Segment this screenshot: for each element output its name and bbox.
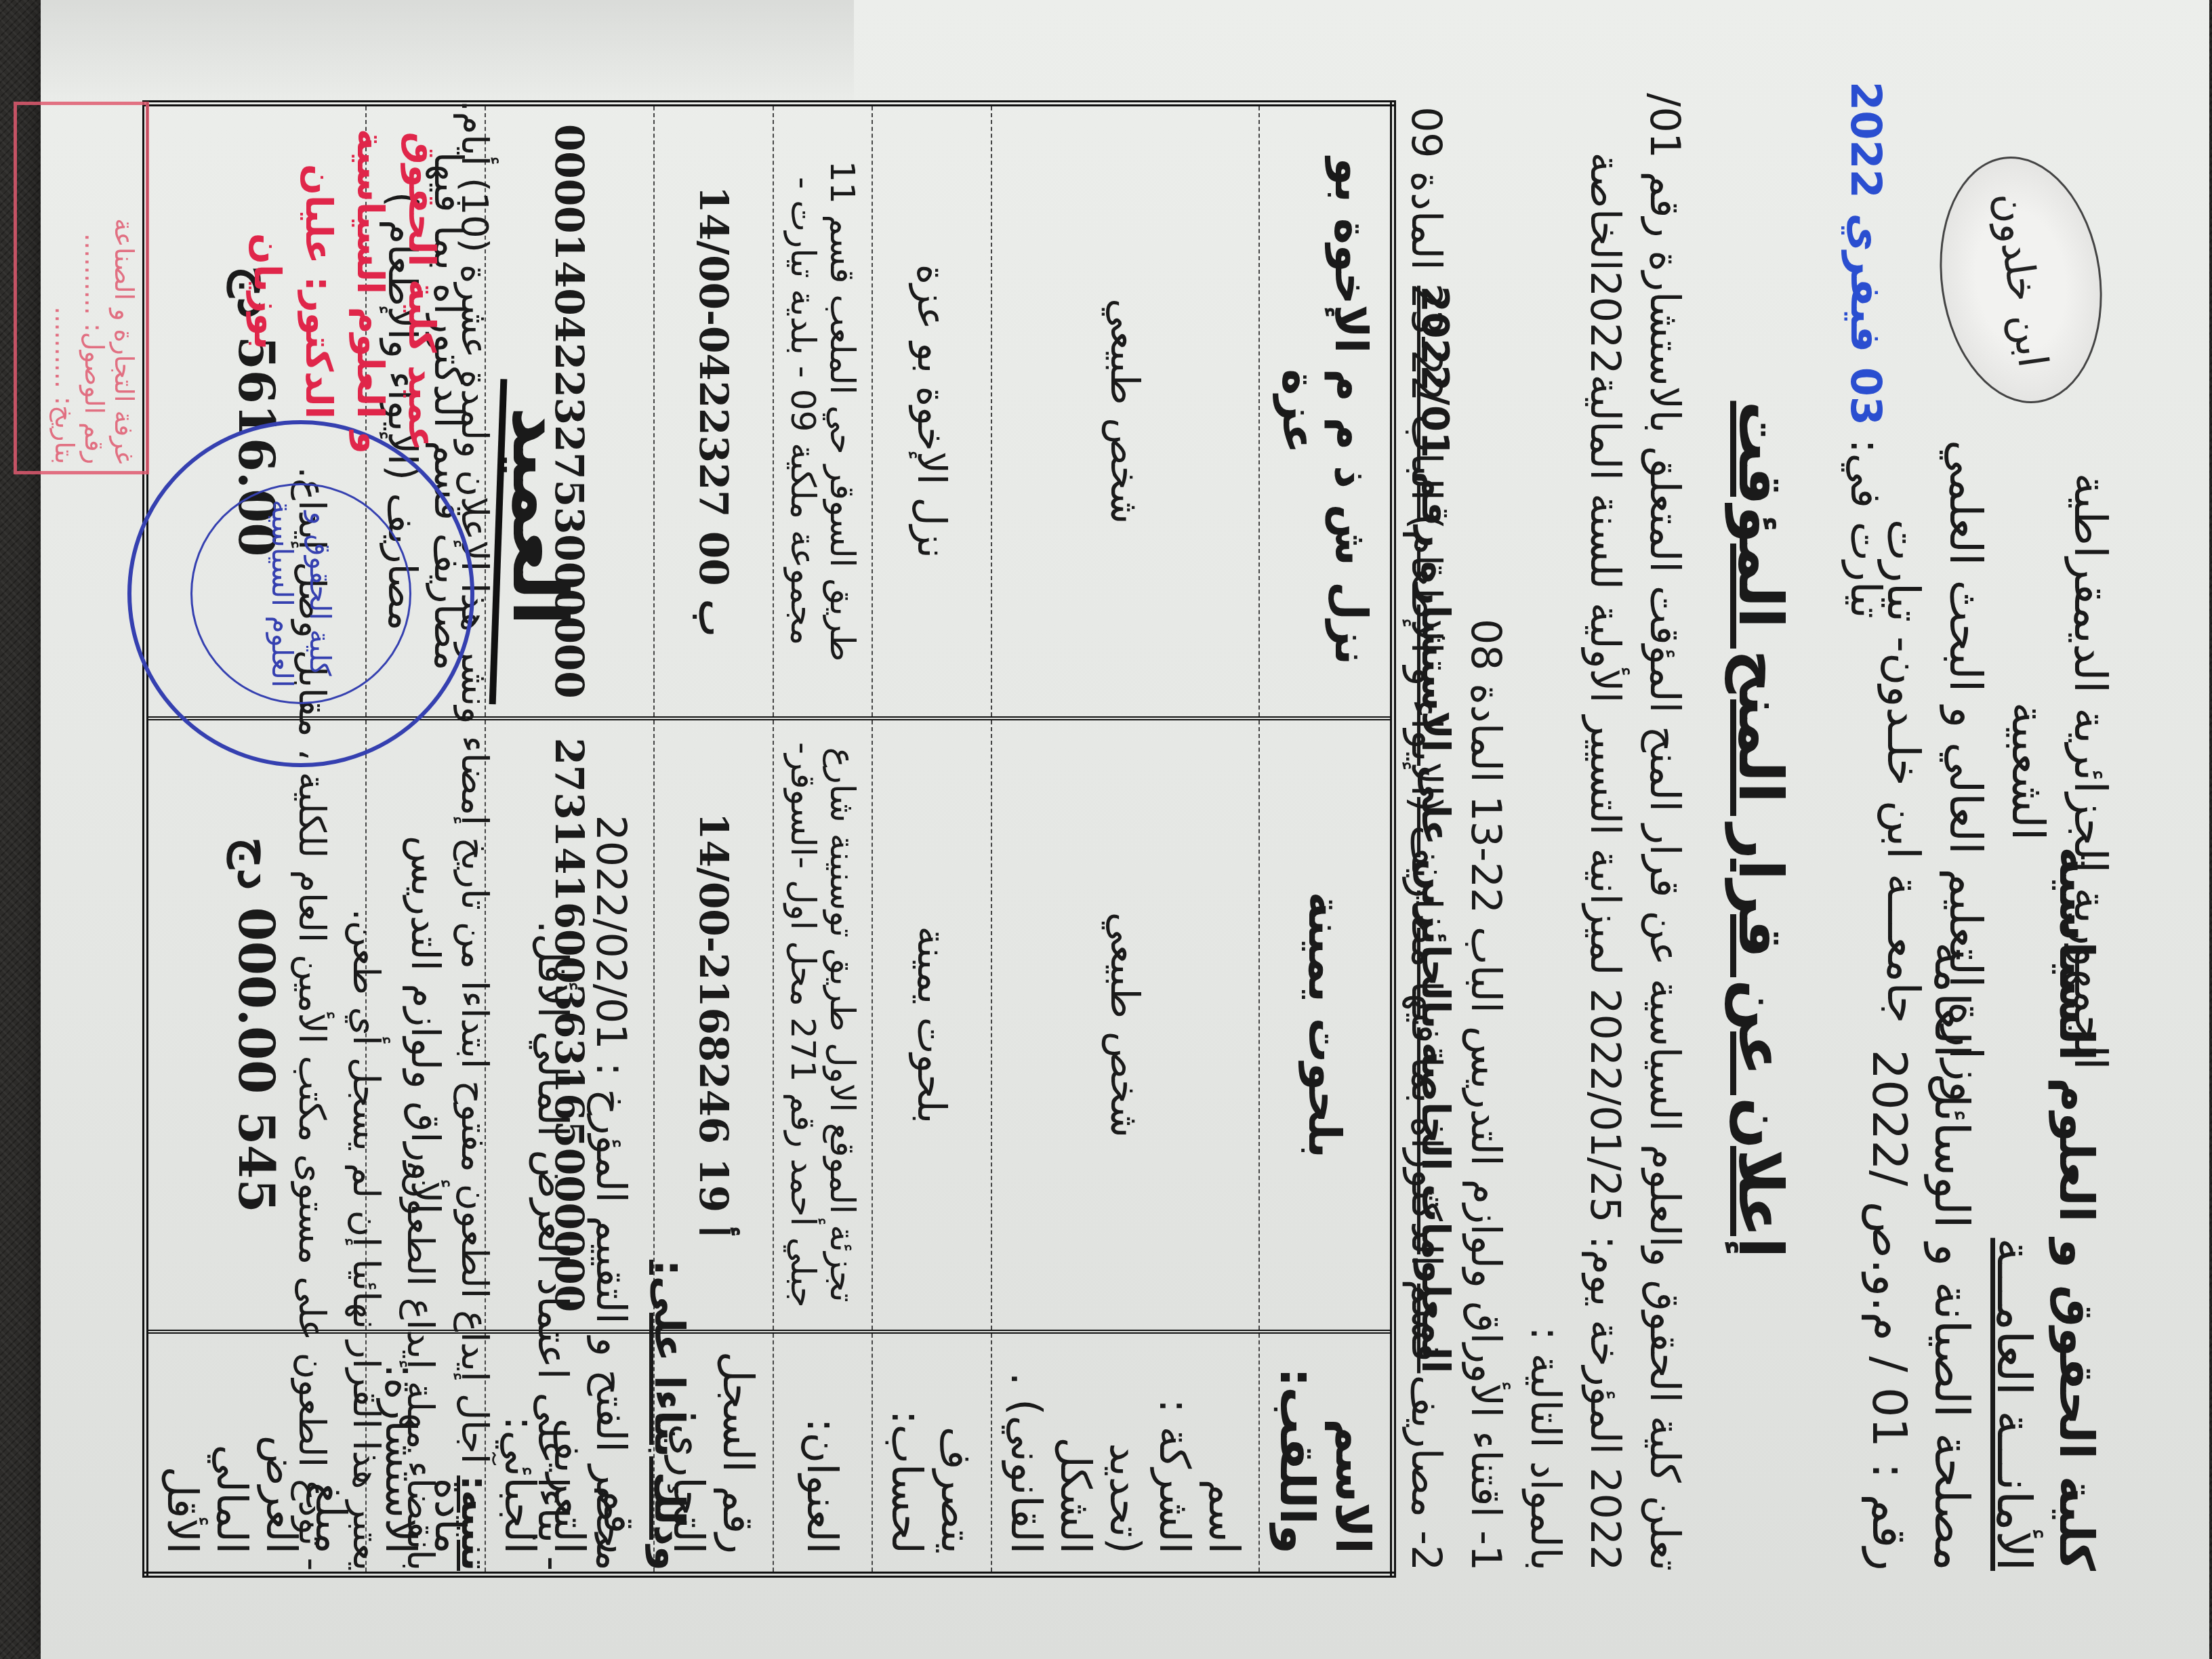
- basis-line-2: - بناءا على اعتماد العرض المالي الأقل.: [523, 81, 581, 1571]
- dean-line-2: و العلوم السياسية: [344, 122, 396, 461]
- place-date: تيارت في: 03 فيفري 2022: [1841, 81, 1891, 619]
- table-row: العنوان:تجزئة الموقع الاول طريق توسنينة …: [773, 104, 872, 1575]
- table-row: اسم الشركة : (تحديد الشكل القانوني) .شخص…: [991, 104, 1259, 1575]
- intro-paragraph: تعلن كلية الحقوق والعلوم السياسية عن قرا…: [1515, 81, 1694, 1571]
- university-logo-icon: ابن خلدون: [1925, 146, 2118, 413]
- row-label: يتصرف لحساب:: [872, 1332, 991, 1575]
- reception-stamp-line-3: بتاريخ: ..........: [49, 112, 79, 464]
- table-row: الاسم واللقب:بلحوت يمينةنزل ش ذ م م الإخ…: [1259, 104, 1393, 1575]
- dean-line-1: عميد كلية الحقوق: [396, 122, 447, 461]
- state-header: الجمهورية الجزائرية الديمقراطية الشعبية …: [1872, 398, 2121, 1144]
- republic-name: الجمهورية الجزائرية الديمقراطية الشعبية: [1996, 398, 2121, 1144]
- reception-stamp-line-2: رقم الوصول: ..........: [79, 112, 109, 464]
- dean-signature-block: عميد كلية الحقوق و العلوم السياسية الدكت…: [241, 122, 447, 461]
- logo-text: ابن خلدون: [1985, 190, 2056, 371]
- winner-2-value: شخص طبيعي: [991, 104, 1259, 718]
- winner-1-value: بلحوت يمينة: [1259, 718, 1393, 1332]
- basis-heading: وذلك بناءا على:: [640, 81, 698, 1571]
- basis-section: وذلك بناءا على: محضر الفتح و التقييم الم…: [523, 81, 698, 1571]
- winner-1-value: تجزئة الموقع الاول طريق توسنينة شارع جبل…: [773, 718, 872, 1332]
- winner-2-value: نزل الإخوة بو عزة: [872, 104, 991, 718]
- intro-item-1: 1- اقتناء الأوراق ولوازم التدريس الباب 2…: [1456, 81, 1515, 1571]
- reception-stamp: غرفة التجارة و الصناعة رقم الوصول: .....…: [14, 102, 149, 474]
- row-label: العنوان:: [773, 1332, 872, 1575]
- document-page: كلية الحقوق و العلوم السياسية الأمانـــة…: [41, 0, 2209, 1659]
- winner-2-value: نزل ش ذ م م الإخوة بو عزة: [1259, 104, 1393, 718]
- notice-heading: تنبيه:: [453, 1475, 496, 1571]
- dean-line-3: الدكتور: عليان بوزيان: [241, 122, 344, 461]
- page-title: إعلان عن قرار المنح المؤقت: [1725, 0, 1796, 1659]
- basis-line-1: محضر الفتح و التقييم المؤرخ : 2022/02/01: [581, 81, 640, 1571]
- place-label: تيارت في:: [1841, 439, 1891, 619]
- ministry-name: وزارة التعليم العالي و البحث العلمي: [1934, 398, 1996, 1144]
- row-label: الاسم واللقب:: [1259, 1332, 1393, 1575]
- table-title: المعلومات الخاصة بالحائزين على الاستشارة…: [1413, 0, 1457, 1659]
- row-label: اسم الشركة : (تحديد الشكل القانوني) .: [991, 1332, 1259, 1575]
- handwritten-date: 03 فيفري 2022: [1841, 81, 1891, 426]
- winner-1-value: شخص طبيعي: [991, 718, 1259, 1332]
- table-row: يتصرف لحساب:بلحوت يمينةنزل الإخوة بو عزة: [872, 104, 991, 1575]
- round-stamp-inner-text: كلية الحقوق و العلوم السياسية: [263, 485, 339, 702]
- winner-1-value: بلحوت يمينة: [872, 718, 991, 1332]
- round-stamp-icon: كلية الحقوق و العلوم السياسية: [127, 420, 474, 767]
- winner-2-value: طريق السوقر حي الملعب قسم 11 مجموعة ملكي…: [773, 104, 872, 718]
- reception-stamp-line-1: غرفة التجارة و الصناعة: [109, 112, 139, 464]
